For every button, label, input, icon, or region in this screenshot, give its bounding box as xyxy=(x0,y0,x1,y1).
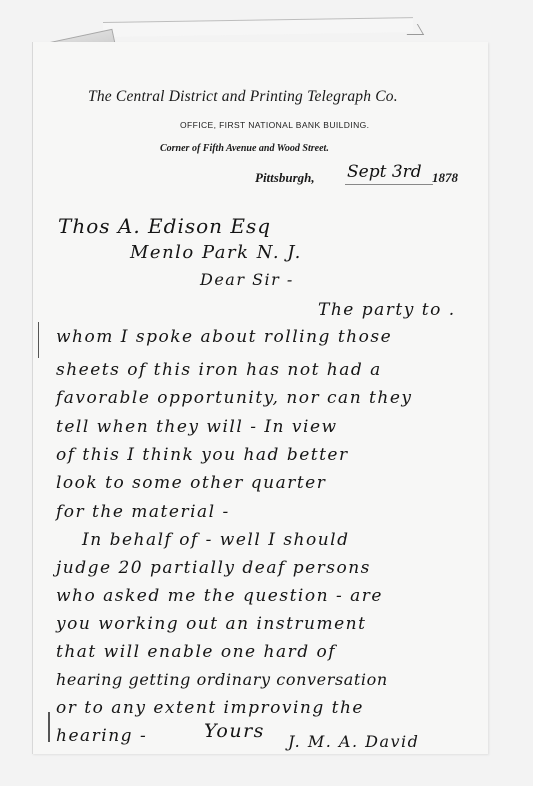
body-line: who asked me the question - are xyxy=(56,586,383,606)
closing: Yours xyxy=(204,720,265,742)
letterhead-office: OFFICE, FIRST NATIONAL BANK BUILDING. xyxy=(180,120,369,130)
addressee-location: Menlo Park N. J. xyxy=(130,242,302,263)
signature: J. M. A. David xyxy=(288,732,419,751)
letterhead-address: Corner of Fifth Avenue and Wood Street. xyxy=(160,143,329,154)
body-line: sheets of this iron has not had a xyxy=(56,360,382,380)
dateline-year: 1878 xyxy=(432,170,458,186)
dateline-handwritten-date: Sept 3rd xyxy=(347,162,422,182)
body-line: you working out an instrument xyxy=(56,614,366,634)
body-line: or to any extent improving the xyxy=(56,698,364,718)
date-rule xyxy=(345,184,433,185)
dateline-city: Pittsburgh, xyxy=(255,170,315,186)
dateline: Pittsburgh, Sept 3rd 1878 xyxy=(255,168,480,190)
paper-top-edge xyxy=(103,17,413,37)
body-line: hearing - xyxy=(56,726,147,746)
body-line: whom I spoke about rolling those xyxy=(56,327,392,347)
body-line: that will enable one hard of xyxy=(56,642,336,662)
paper-corner-fold xyxy=(401,24,424,35)
body-line: favorable opportunity, nor can they xyxy=(56,388,413,408)
letterhead-company: The Central District and Printing Telegr… xyxy=(88,88,458,106)
body-line: of this I think you had better xyxy=(56,445,349,465)
body-line: look to some other quarter xyxy=(56,473,326,493)
body-line: The party to . xyxy=(318,300,456,320)
body-line: In behalf of - well I should xyxy=(82,530,350,550)
salutation: Dear Sir - xyxy=(200,270,294,289)
body-line: judge 20 partially deaf persons xyxy=(56,558,371,578)
addressee-name: Thos A. Edison Esq xyxy=(58,214,271,238)
body-line: for the material - xyxy=(56,502,230,522)
body-line: tell when they will - In view xyxy=(56,417,338,437)
margin-mark xyxy=(38,322,39,358)
body-line: hearing getting ordinary conversation xyxy=(56,670,388,689)
margin-bar xyxy=(48,712,50,742)
